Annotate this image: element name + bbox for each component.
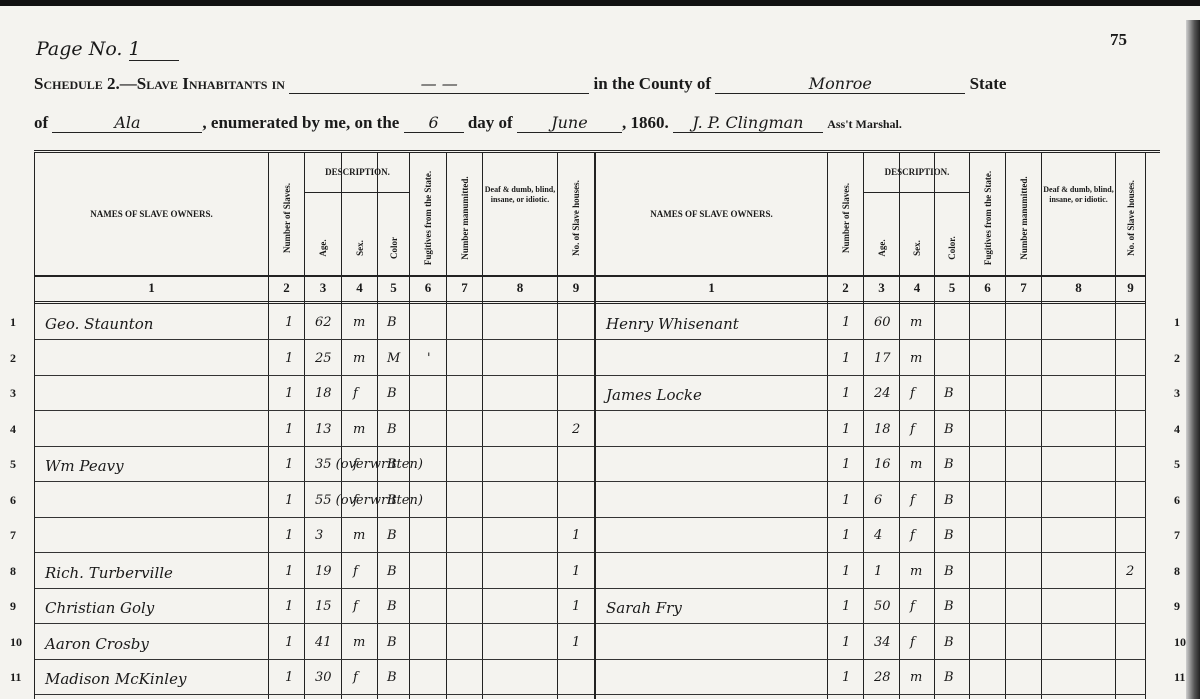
col-number: 7 <box>1006 280 1041 296</box>
age-cell: 4 <box>874 528 882 543</box>
owner-name-cell: Henry Whisenant <box>606 315 739 333</box>
col-number: 9 <box>1116 280 1145 296</box>
sex-cell: m <box>910 670 922 685</box>
row-number: 10 <box>10 635 22 650</box>
day-of-label: day of <box>468 113 513 132</box>
owner-name-cell: Christian Goly <box>45 599 154 617</box>
age-cell: 41 <box>315 635 332 650</box>
ledger: NAMES OF SLAVE OWNERS. 1 Number of Slave… <box>34 150 1160 699</box>
row-number: 5 <box>1174 457 1180 472</box>
age-cell: 19 <box>315 564 332 579</box>
table-row: 14fB <box>596 518 1146 553</box>
table-row: Sarah Fry150fB <box>596 589 1146 624</box>
number-of-slaves-cell: 1 <box>842 351 850 366</box>
number-of-slaves-cell: 1 <box>842 635 850 650</box>
schedule-title: Schedule 2.—Slave Inhabitants in <box>34 74 285 93</box>
table-row: 134fB <box>596 625 1146 660</box>
table-row: Aaron Crosby141mB1 <box>35 625 594 660</box>
age-cell: 18 <box>874 422 891 437</box>
number-of-slaves-cell: 1 <box>285 315 293 330</box>
col-header-slave-houses: No. of Slave houses. <box>571 180 581 256</box>
color-cell: B <box>387 422 397 437</box>
color-cell: B <box>944 670 954 685</box>
sex-cell: f <box>353 457 358 472</box>
color-cell: B <box>387 564 397 579</box>
table-row: 118fB <box>596 412 1146 447</box>
number-of-slaves-cell: 1 <box>285 422 293 437</box>
col-header-color: Color. <box>947 236 957 259</box>
col-header-manumitted: Number manumitted. <box>460 176 470 259</box>
row-number: 7 <box>10 528 16 543</box>
col-number: 2 <box>269 280 304 296</box>
age-cell: 30 <box>315 670 332 685</box>
table-row: 128mB <box>596 660 1146 695</box>
age-cell: 16 <box>874 457 891 472</box>
ledger-right-half: NAMES OF SLAVE OWNERS. 1 Number of Slave… <box>594 153 1160 699</box>
age-cell: 35 (overwritten) <box>315 457 423 472</box>
locality-field: — — <box>289 74 589 94</box>
number-of-slaves-cell: 1 <box>285 351 293 366</box>
age-cell: 55 (overwritten) <box>315 493 423 508</box>
age-cell: 15 <box>315 599 332 614</box>
sex-cell: m <box>353 635 365 650</box>
color-cell: B <box>387 386 397 401</box>
owner-name-cell: Geo. Staunton <box>45 315 153 333</box>
col-number: 2 <box>828 280 863 296</box>
col-number: 4 <box>900 280 934 296</box>
color-cell: B <box>387 670 397 685</box>
sex-cell: f <box>353 599 358 614</box>
slave-houses-cell: 1 <box>572 564 580 579</box>
col-number: 7 <box>447 280 482 296</box>
county-label: in the County of <box>593 74 711 93</box>
owner-name-cell: Aaron Crosby <box>45 635 149 653</box>
sex-cell: m <box>910 351 922 366</box>
table-row: Rich. Turberville119fB1 <box>35 554 594 589</box>
table-row: Christian Goly115fB1 <box>35 589 594 624</box>
day-field: 6 <box>404 113 464 133</box>
sex-cell: m <box>910 457 922 472</box>
sex-cell: f <box>353 564 358 579</box>
age-cell: 17 <box>874 351 891 366</box>
color-cell: B <box>944 422 954 437</box>
sex-cell: f <box>910 493 915 508</box>
owner-name-cell: Wm Peavy <box>45 457 124 475</box>
number-of-slaves-cell: 1 <box>842 422 850 437</box>
table-row: Henry Whisenant160m <box>596 305 1146 340</box>
row-number: 9 <box>1174 599 1180 614</box>
of-label: of <box>34 113 48 132</box>
table-row: 125mM' <box>35 341 594 376</box>
color-cell: B <box>944 635 954 650</box>
col-number: 4 <box>342 280 377 296</box>
row-number: 2 <box>10 351 16 366</box>
col-header-deaf-blind: Deaf & dumb, blind, insane, or idiotic. <box>483 153 557 205</box>
col-number: 6 <box>410 280 446 296</box>
number-of-slaves-cell: 1 <box>842 528 850 543</box>
color-cell: B <box>387 528 397 543</box>
table-row: 113mB2 <box>35 412 594 447</box>
col-header-fugitives: Fugitives from the State. <box>983 171 993 265</box>
state-label: State <box>970 74 1007 93</box>
page-number: Page No. 1 <box>36 38 179 61</box>
number-of-slaves-cell: 1 <box>842 493 850 508</box>
number-of-slaves-cell: 1 <box>285 670 293 685</box>
sex-cell: f <box>353 670 358 685</box>
col-number: 1 <box>596 280 827 296</box>
row-number: 6 <box>10 493 16 508</box>
age-cell: 3 <box>315 528 323 543</box>
number-of-slaves-cell: 1 <box>285 493 293 508</box>
col-number: 5 <box>935 280 969 296</box>
col-header-slave-houses: No. of Slave houses. <box>1126 180 1136 256</box>
color-cell: B <box>387 493 397 508</box>
row-number: 7 <box>1174 528 1180 543</box>
enumeration-line: of Ala, enumerated by me, on the 6 day o… <box>34 113 902 133</box>
fugitive-cell: ' <box>427 351 431 366</box>
enumerated-label: , enumerated by me, on the <box>202 113 399 132</box>
color-cell: B <box>944 528 954 543</box>
scan-right-edge <box>1186 20 1200 699</box>
sex-cell: f <box>910 386 915 401</box>
row-number: 4 <box>1174 422 1180 437</box>
sex-cell: f <box>910 422 915 437</box>
number-of-slaves-cell: 1 <box>842 457 850 472</box>
color-cell: B <box>387 457 397 472</box>
age-cell: 1 <box>874 564 882 579</box>
number-of-slaves-cell: 1 <box>285 386 293 401</box>
age-cell: 60 <box>874 315 891 330</box>
number-of-slaves-cell: 1 <box>842 386 850 401</box>
col-header-age: Age. <box>318 239 328 256</box>
county-field: Monroe <box>715 74 965 94</box>
table-row: James Locke124fB <box>596 376 1146 411</box>
color-cell: B <box>944 493 954 508</box>
owner-name-cell: Sarah Fry <box>606 599 682 617</box>
col-header-names: NAMES OF SLAVE OWNERS. <box>35 209 268 219</box>
month-field: June <box>517 113 622 133</box>
row-number: 11 <box>1174 670 1185 685</box>
col-number: 3 <box>864 280 899 296</box>
slave-houses-cell: 2 <box>572 422 580 437</box>
page-no-value: 1 <box>129 38 179 61</box>
number-of-slaves-cell: 1 <box>285 635 293 650</box>
col-number: 8 <box>483 280 557 296</box>
color-cell: B <box>387 635 397 650</box>
col-number: 8 <box>1042 280 1115 296</box>
row-number: 1 <box>1174 315 1180 330</box>
sex-cell: f <box>910 528 915 543</box>
color-cell: B <box>944 457 954 472</box>
sex-cell: f <box>910 635 915 650</box>
number-of-slaves-cell: 1 <box>842 599 850 614</box>
table-row: 13mB1 <box>35 518 594 553</box>
row-number: 10 <box>1174 635 1186 650</box>
col-header-number-slaves: Number of Slaves. <box>841 183 851 253</box>
row-number: 3 <box>10 386 16 401</box>
header-rule <box>596 275 1146 277</box>
row-number: 11 <box>10 670 21 685</box>
schedule-title-line: Schedule 2.—Slave Inhabitants in — — in … <box>34 74 1006 94</box>
header-rule <box>35 301 594 304</box>
table-row: Geo. Staunton162mB <box>35 305 594 340</box>
slave-houses-cell: 2 <box>1126 564 1134 579</box>
row-number: 8 <box>1174 564 1180 579</box>
number-of-slaves-cell: 1 <box>842 670 850 685</box>
table-row: 11mB2 <box>596 554 1146 589</box>
table-row: 155 (overwritten)fB <box>35 483 594 518</box>
col-number: 9 <box>558 280 594 296</box>
number-of-slaves-cell: 1 <box>285 528 293 543</box>
number-of-slaves-cell: 1 <box>842 564 850 579</box>
sex-cell: f <box>353 493 358 508</box>
color-cell: B <box>944 564 954 579</box>
sex-cell: m <box>910 315 922 330</box>
age-cell: 6 <box>874 493 882 508</box>
table-row: Wm Peavy135 (overwritten)fB <box>35 447 594 482</box>
age-cell: 28 <box>874 670 891 685</box>
col-number: 3 <box>305 280 341 296</box>
age-cell: 62 <box>315 315 332 330</box>
color-cell: B <box>387 599 397 614</box>
number-of-slaves-cell: 1 <box>285 457 293 472</box>
row-number: 2 <box>1174 351 1180 366</box>
sex-cell: m <box>353 422 365 437</box>
color-cell: B <box>944 599 954 614</box>
sheet-number: 75 <box>1110 30 1127 50</box>
sex-cell: m <box>910 564 922 579</box>
table-row: Madison McKinley130fB <box>35 660 594 695</box>
col-number: 5 <box>378 280 409 296</box>
table-row: 16fB <box>596 483 1146 518</box>
page-no-label: Page No. <box>36 38 122 60</box>
color-cell: B <box>387 315 397 330</box>
scan-top-edge <box>0 0 1200 6</box>
sex-cell: m <box>353 528 365 543</box>
color-cell: B <box>944 386 954 401</box>
row-number: 4 <box>10 422 16 437</box>
row-number: 1 <box>10 315 16 330</box>
table-row: 116mB <box>596 447 1146 482</box>
age-cell: 34 <box>874 635 891 650</box>
owner-name-cell: James Locke <box>606 386 702 404</box>
age-cell: 18 <box>315 386 332 401</box>
col-number: 6 <box>970 280 1005 296</box>
col-header-names: NAMES OF SLAVE OWNERS. <box>596 209 827 219</box>
row-number: 6 <box>1174 493 1180 508</box>
col-header-manumitted: Number manumitted. <box>1019 176 1029 259</box>
owner-name-cell: Madison McKinley <box>45 670 186 688</box>
state-field: Ala <box>52 113 202 133</box>
row-number: 3 <box>1174 386 1180 401</box>
col-header-fugitives: Fugitives from the State. <box>423 171 433 265</box>
age-cell: 50 <box>874 599 891 614</box>
header-rule <box>596 301 1146 304</box>
number-of-slaves-cell: 1 <box>285 599 293 614</box>
age-cell: 25 <box>315 351 332 366</box>
year-label: , 1860. <box>622 113 669 132</box>
col-number: 1 <box>35 280 268 296</box>
color-cell: M <box>387 351 400 366</box>
sex-cell: f <box>910 599 915 614</box>
marshal-signature: J. P. Clingman <box>673 113 823 133</box>
table-row: 117m <box>596 341 1146 376</box>
col-header-number-slaves: Number of Slaves. <box>282 183 292 253</box>
sex-cell: m <box>353 315 365 330</box>
row-number: 8 <box>10 564 16 579</box>
header-rule <box>35 275 594 277</box>
row-number: 9 <box>10 599 16 614</box>
owner-name-cell: Rich. Turberville <box>45 564 173 582</box>
slave-houses-cell: 1 <box>572 635 580 650</box>
col-header-age: Age. <box>877 239 887 256</box>
ledger-left-half: NAMES OF SLAVE OWNERS. 1 Number of Slave… <box>34 153 594 699</box>
sex-cell: m <box>353 351 365 366</box>
sex-cell: f <box>353 386 358 401</box>
col-header-sex: Sex. <box>912 240 922 256</box>
col-header-sex: Sex. <box>355 240 365 256</box>
marshal-label: Ass't Marshal. <box>827 117 902 131</box>
col-header-color: Color <box>389 237 399 259</box>
table-row: 118fB <box>35 376 594 411</box>
age-cell: 24 <box>874 386 891 401</box>
slave-houses-cell: 1 <box>572 599 580 614</box>
row-number: 5 <box>10 457 16 472</box>
number-of-slaves-cell: 1 <box>285 564 293 579</box>
col-header-deaf-blind: Deaf & dumb, blind, insane, or idiotic. <box>1042 153 1115 205</box>
slave-houses-cell: 1 <box>572 528 580 543</box>
age-cell: 13 <box>315 422 332 437</box>
number-of-slaves-cell: 1 <box>842 315 850 330</box>
